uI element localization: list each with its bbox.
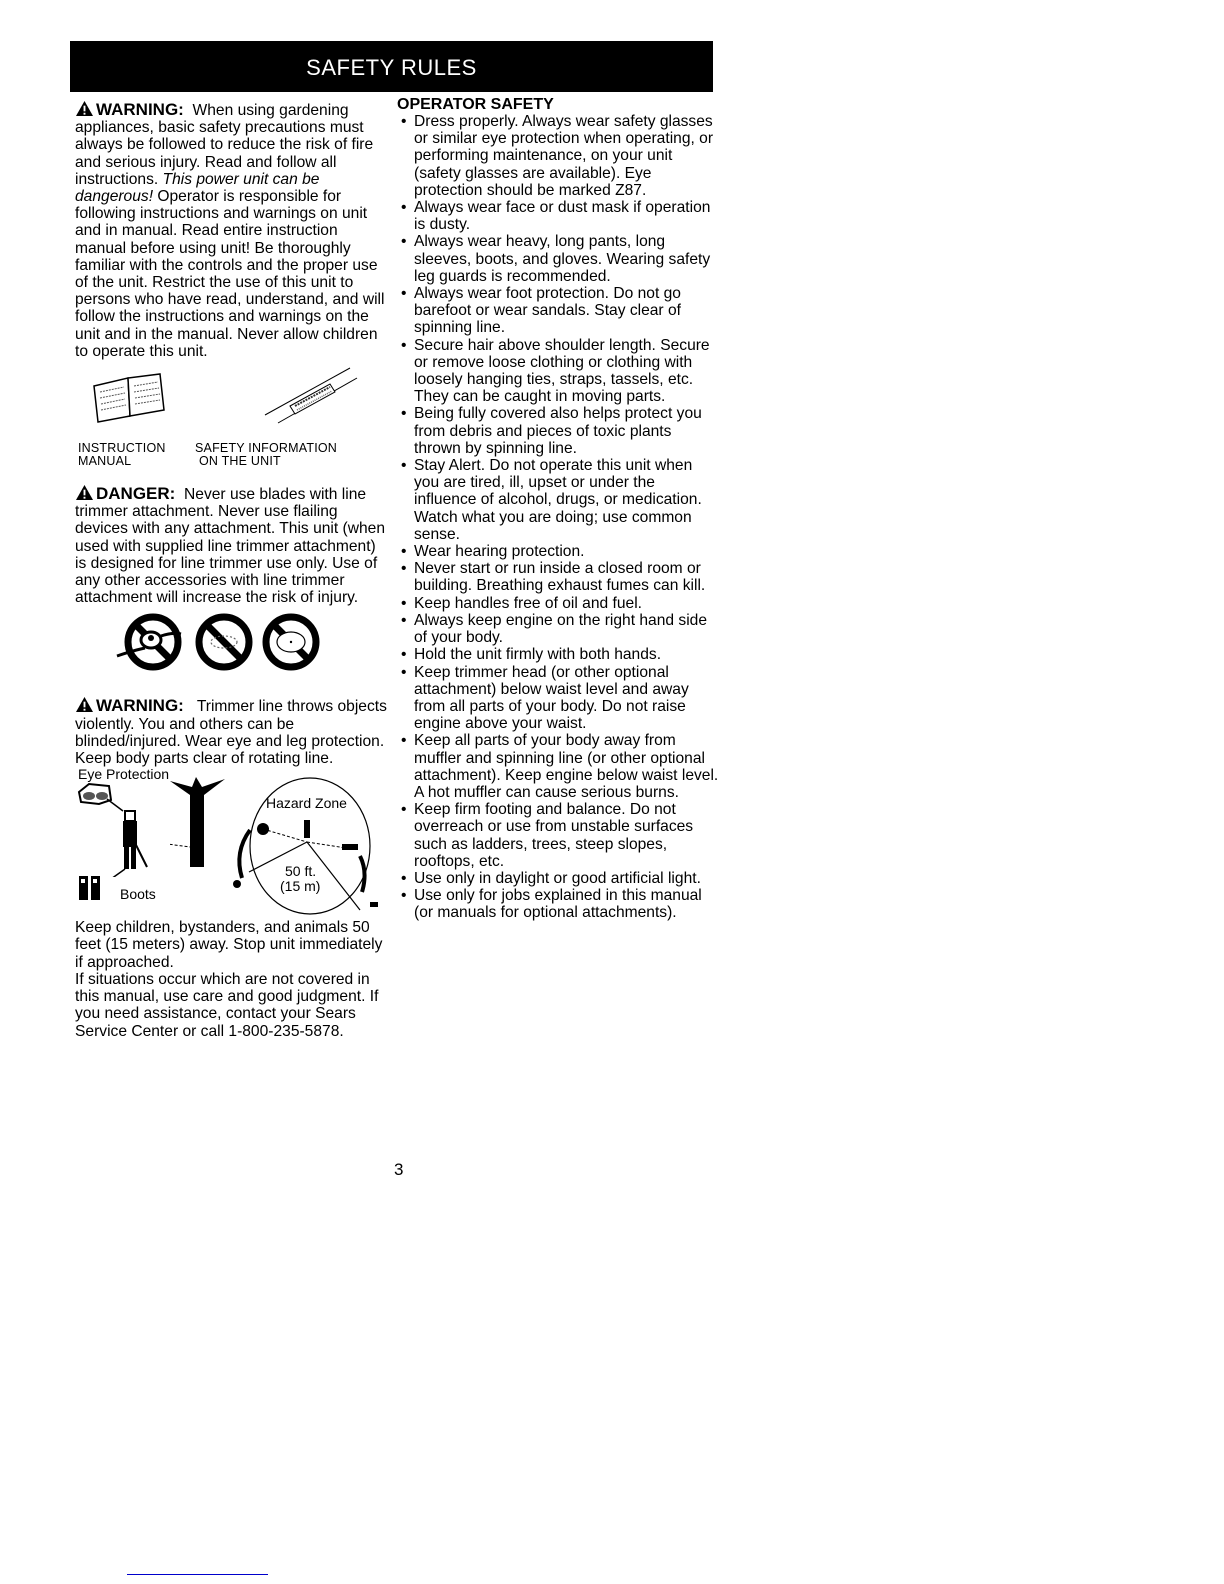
boots-label: Boots [120,887,156,902]
warning-label: WARNING: [96,100,184,119]
list-item: Keep firm footing and balance. Do not ov… [397,801,719,870]
list-item: Never start or run inside a closed room … [397,560,719,594]
operator-figure-icon [103,797,163,877]
danger-triangle-icon [75,484,94,501]
operator-safety-heading: OPERATOR SAFETY [397,96,719,113]
tree-icon [170,777,225,867]
service-contact-text: If situations occur which are not covere… [75,971,387,1040]
hazard-zone-circle-icon [220,772,380,920]
page-number: 3 [394,1160,403,1180]
danger-label: DANGER: [96,484,175,503]
instruction-manual-icon [90,372,170,424]
list-item: Dress properly. Always wear safety glass… [397,113,719,199]
section-banner: SAFETY RULES [70,41,713,92]
list-item: Hold the unit firmly with both hands. [397,646,719,663]
list-item: Being fully covered also helps protect y… [397,405,719,457]
eye-protection-label: Eye Protection [78,767,169,782]
list-item: Always keep engine on the right hand sid… [397,612,719,646]
instruction-manual-caption: INSTRUCTION MANUAL [78,442,166,468]
list-item: Secure hair above shoulder length. Secur… [397,337,719,406]
danger-block: DANGER: Never use blades with line trimm… [75,484,387,606]
warning-label: WARNING: [96,696,184,715]
warning-block-trimmer-line: WARNING: Trimmer line throws objects vio… [75,696,387,767]
list-item: Always wear heavy, long pants, long slee… [397,233,719,285]
left-column: WARNING: When using gardening appliances… [75,100,387,1040]
no-blade-icon [115,612,185,674]
banner-title: SAFETY RULES [306,55,477,80]
warning-block-general: WARNING: When using gardening appliances… [75,100,387,360]
list-item: Wear hearing protection. [397,543,719,560]
warning-triangle-icon [75,696,94,713]
danger-text: Never use blades with line trimmer attac… [75,486,385,606]
link-underline[interactable] [127,1574,268,1575]
list-item: Use only in daylight or good artificial … [397,870,719,887]
operator-responsibility-text: Operator is responsible for following in… [75,188,384,360]
keep-away-text: Keep children, bystanders, and animals 5… [75,919,387,971]
no-flail-icon [193,612,255,674]
no-saw-disc-icon [260,612,322,674]
boots-icon [78,875,102,901]
manual-figures: INSTRUCTION MANUAL SAFETY INFORMATION ON… [75,360,387,470]
list-item: Use only for jobs explained in this manu… [397,887,719,921]
safety-information-caption: SAFETY INFORMATION ON THE UNIT [195,442,337,468]
operator-safety-list: Dress properly. Always wear safety glass… [397,113,719,922]
list-item: Keep trimmer head (or other optional att… [397,664,719,733]
right-column: OPERATOR SAFETY Dress properly. Always w… [397,96,719,922]
prohibited-attachments-icons [75,612,387,682]
list-item: Stay Alert. Do not operate this unit whe… [397,457,719,543]
list-item: Keep handles free of oil and fuel. [397,595,719,612]
safety-decal-on-unit-icon [260,360,360,425]
list-item: Always wear foot protection. Do not go b… [397,285,719,337]
list-item: Always wear face or dust mask if operati… [397,199,719,233]
hazard-zone-diagram: Eye Protection Boots Hazard Zone 50 ft. … [75,767,387,919]
list-item: Keep all parts of your body away from mu… [397,732,719,801]
warning-triangle-icon [75,100,94,117]
